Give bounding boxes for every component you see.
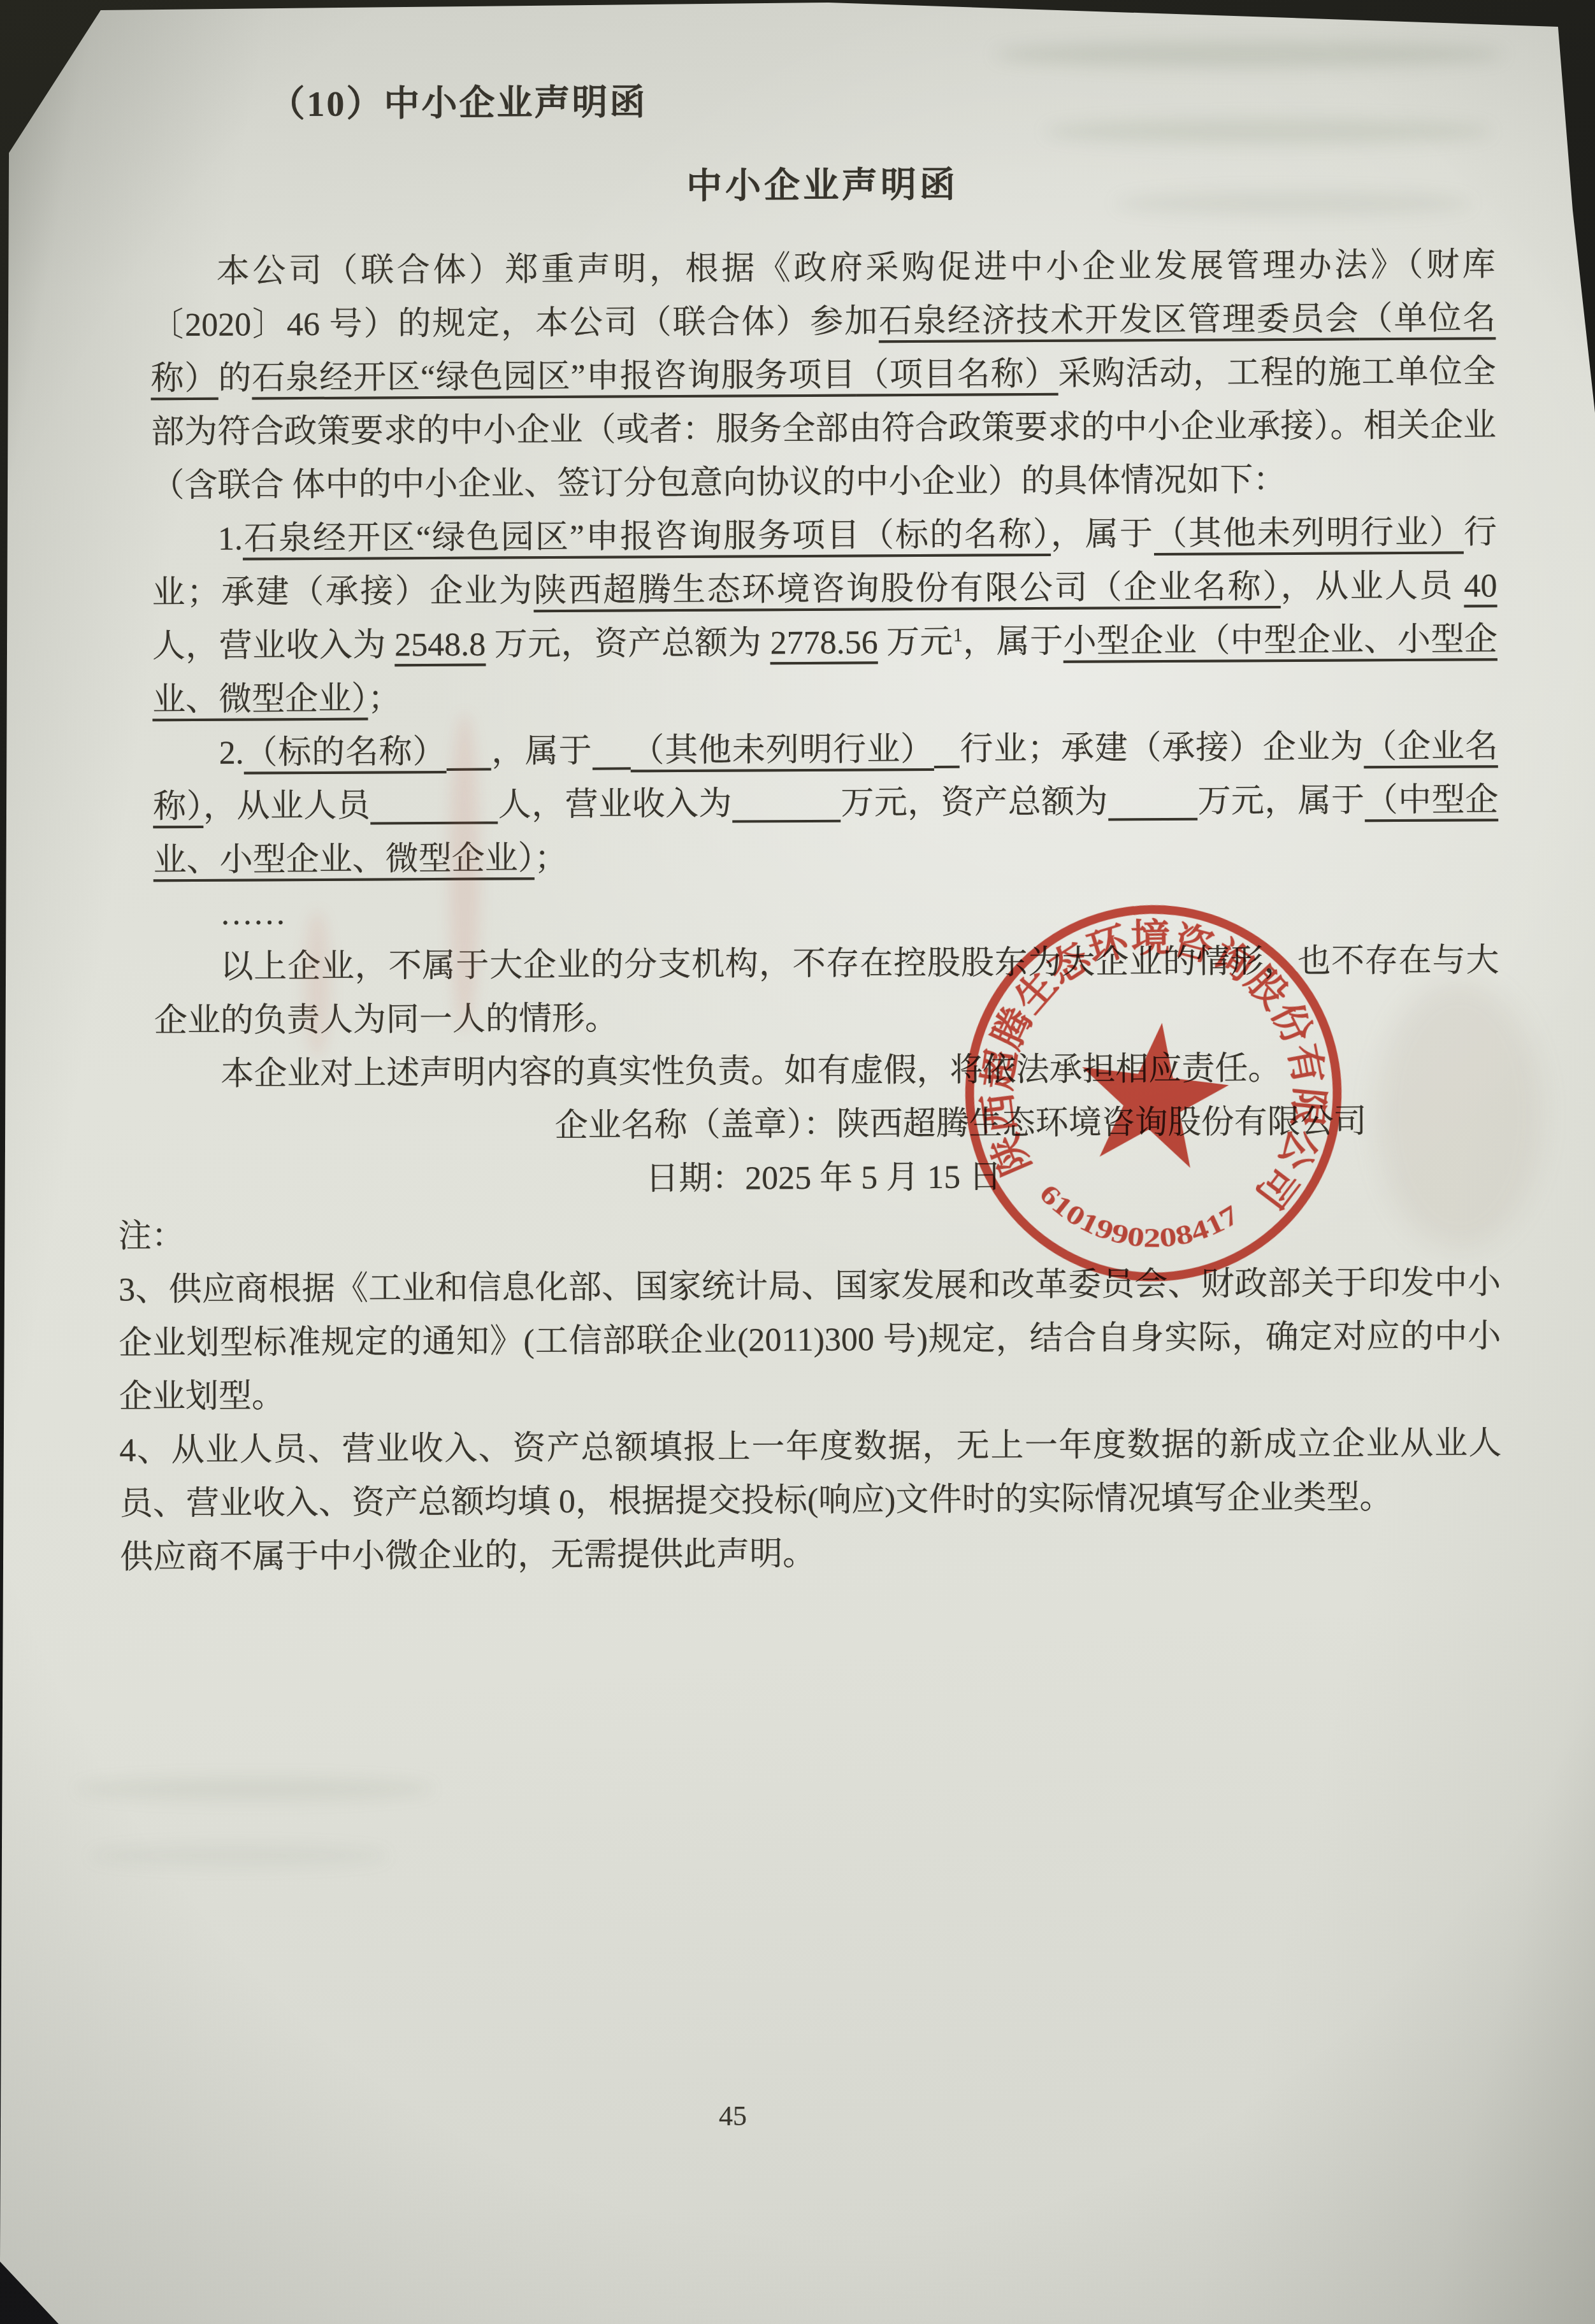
item1-number: 1. [218, 521, 243, 557]
document-content: （10）中小企业声明函 中小企业声明函 本公司（联合体）郑重声明，根据《政府采购… [0, 0, 1595, 1586]
item1-employee-count-underlined: 40 [1464, 568, 1497, 604]
blank-underline [732, 794, 841, 823]
item-2-paragraph: 2.（标的名称），属于（其他未列明行业）行业；承建（承接）企业为（企业名称），从… [152, 720, 1498, 887]
blank-underline [1108, 793, 1197, 821]
blank-underline [370, 796, 498, 824]
blank-underline [446, 743, 491, 771]
item2-text-2: 行业；承建（承接）企业为 [960, 729, 1364, 767]
project-name-underlined: 石泉经开区“绿色园区”申报咨询服务项目 [252, 357, 856, 397]
blank-underline [593, 742, 631, 770]
item1-revenue-underlined: 2548.8 [394, 627, 486, 664]
item1-text-5: 万元，资产总额为 [486, 625, 770, 663]
item-1-paragraph: 1.石泉经开区“绿色园区”申报咨询服务项目（标的名称），属于（其他未列明行业）行… [152, 506, 1498, 727]
item1-text-7: ，属于 [963, 624, 1064, 661]
seal-star-icon [1072, 1014, 1236, 1171]
bleed-through-smudge [76, 1777, 433, 1800]
document-page: （10）中小企业声明函 中小企业声明函 本公司（联合体）郑重声明，根据《政府采购… [0, 0, 1595, 2324]
item1-text-4: 人，营业收入为 [152, 627, 395, 664]
footnote-marker: 1 [953, 624, 963, 645]
item2-text-7: ； [534, 840, 567, 877]
note-4: 4、从业人员、营业收入、资产总额填报上一年度数据，无上一年度数据的新成立企业从业… [119, 1417, 1502, 1531]
item1-assets-underlined: 2778.56 [770, 624, 877, 661]
item2-text-5: 万元，资产总额为 [841, 784, 1108, 821]
item2-subject-name-underlined: （标的名称） [244, 734, 447, 771]
item1-company-name-underlined: 陕西超腾生态环境咨询股份有限公司（企业名称） [533, 569, 1280, 609]
item1-text-6: 万元 [877, 624, 953, 661]
item2-industry-underlined: （其他未列明行业） [630, 731, 934, 769]
item2-number: 2. [219, 735, 244, 771]
company-seal: 陕西超腾生态环境咨询股份有限公司 6101990208417 [928, 868, 1380, 1319]
project-name-label-underlined: （项目名称） [856, 356, 1058, 394]
item2-text-1: ，属于 [491, 733, 593, 770]
section-heading: （10）中小企业声明函 [269, 71, 1494, 131]
bleed-through-smudge [89, 1845, 389, 1867]
blank-underline [934, 740, 960, 768]
item1-text-3: ，从业人员 [1280, 568, 1464, 606]
purchaser-name-underlined: 石泉经济技术开发区管理委员会 [879, 301, 1360, 340]
declaration-paragraph: 本公司（联合体）郑重声明，根据《政府采购促进中小企业发展管理办法》（财库〔202… [150, 238, 1497, 513]
item1-industry-underlined: （其他未列明行业） [1154, 515, 1464, 553]
page-title: 中小企业声明函 [150, 155, 1495, 216]
item2-text-6: 万元，属于 [1197, 782, 1365, 819]
item1-text-8: ； [368, 680, 401, 717]
p1-text-2: 的 [218, 360, 252, 396]
item1-subject-name-underlined: 石泉经开区“绿色园区”申报咨询服务项目（标的名称） [243, 517, 1051, 557]
item2-text-3: ，从业人员 [203, 788, 371, 825]
page-number: 45 [719, 2100, 747, 2132]
item1-text-1: ，属于 [1051, 516, 1154, 553]
note-supplier-exemption: 供应商不属于中小微企业的，无需提供此声明。 [120, 1524, 1502, 1584]
item2-text-4: 人，营业收入为 [498, 786, 732, 824]
